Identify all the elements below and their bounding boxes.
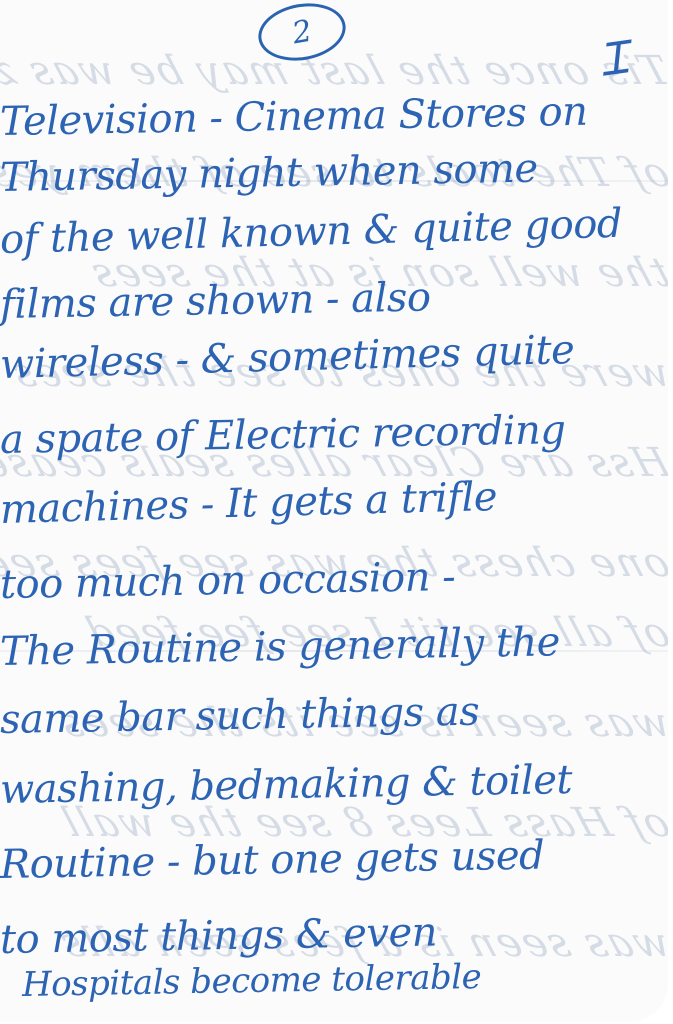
handwritten-line: too much on occasion - — [0, 543, 668, 615]
handwritten-line: Hospitals become tolerable — [21, 943, 668, 1015]
ink-mark: Ꮖ — [597, 32, 633, 87]
handwritten-line: The Routine is generally the — [0, 610, 668, 682]
handwritten-line: Routine - but one gets used — [0, 823, 668, 895]
handwritten-line: washing, bedmaking & toilet — [0, 748, 668, 820]
handwritten-line: a spate of Electric recording — [0, 398, 668, 470]
page-number-text: 2 — [290, 13, 315, 51]
letter-page: Tis once the last may be was zoos of The… — [0, 0, 668, 1022]
handwritten-line: same bar such things as — [0, 678, 668, 750]
